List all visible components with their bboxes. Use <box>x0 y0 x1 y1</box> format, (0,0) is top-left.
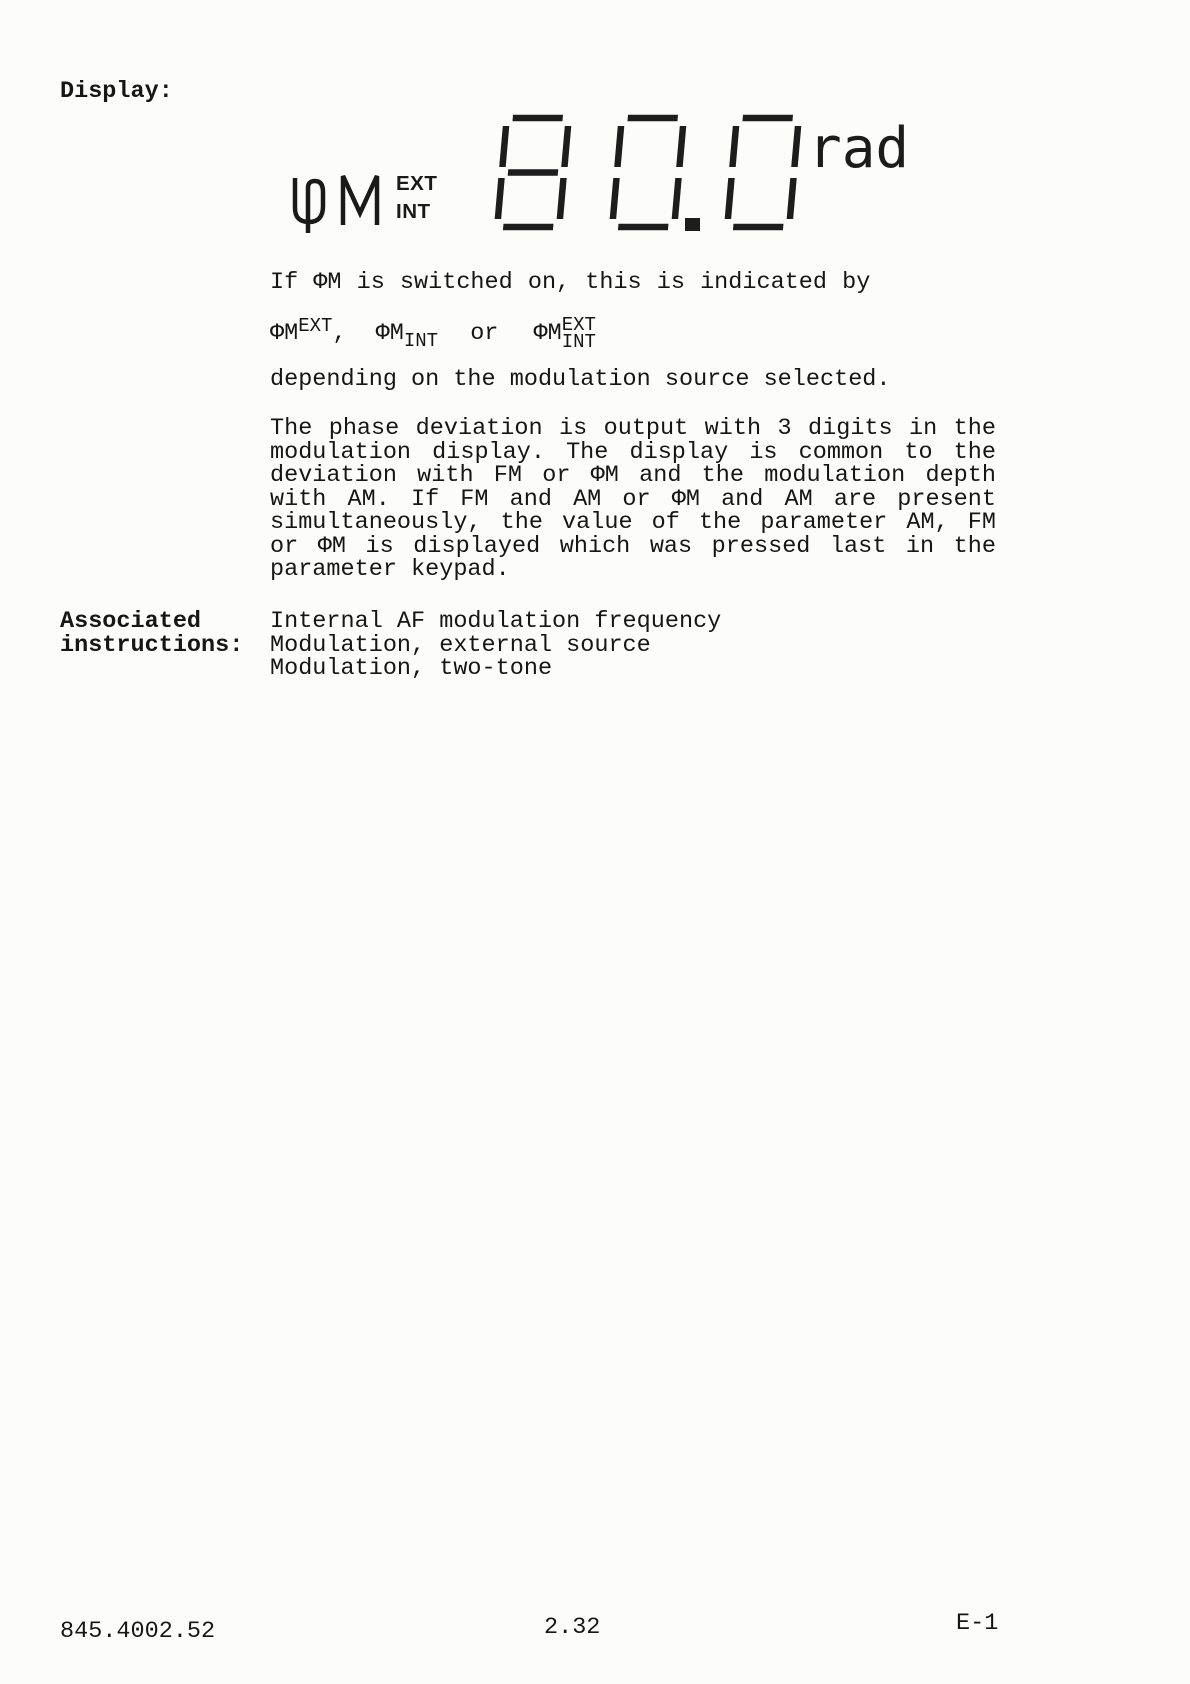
unit-label: rad <box>808 116 909 181</box>
manual-page: Display: EXT INT rad If ΦM is switched o… <box>0 0 1190 1684</box>
depending-line: depending on the modulation source selec… <box>270 368 891 392</box>
decimal-point <box>685 218 700 231</box>
display-section-label: Display: <box>60 80 173 104</box>
list-item: Internal AF modulation frequency <box>270 610 721 634</box>
seven-segment-digit <box>612 118 684 227</box>
footer-document-number: 845.4002.52 <box>60 1620 215 1644</box>
stack-int: INT <box>562 334 596 351</box>
intro-line: If ΦM is switched on, this is indicated … <box>270 271 870 295</box>
list-item: Modulation, two-tone <box>270 657 721 681</box>
associated-instructions-label: Associated instructions: <box>60 610 243 657</box>
phase-deviation-paragraph: The phase deviation is output with 3 dig… <box>270 417 996 582</box>
seven-segment-digit <box>727 118 799 227</box>
phi-m-ext-int-term: ΦMEXTINT <box>534 320 596 347</box>
phi-m-ext-term: ΦMEXT, <box>270 320 347 347</box>
indicator-conjunction: or <box>470 320 498 347</box>
seven-segment-readout: rad <box>440 100 960 240</box>
phi-m-indicator-line: ΦMEXT, ΦMINT or ΦMEXTINT <box>270 316 596 350</box>
phi-symbol <box>295 178 323 233</box>
associated-instructions-list: Internal AF modulation frequency Modulat… <box>270 610 721 681</box>
footer-page-number: 2.32 <box>544 1616 600 1640</box>
list-item: Modulation, external source <box>270 634 721 658</box>
digits-layer <box>497 118 799 231</box>
mode-ext-label: EXT <box>396 172 437 195</box>
phi-m-int-term: ΦMINT <box>376 320 438 347</box>
mode-int-label: INT <box>396 200 431 223</box>
seven-segment-digit <box>497 118 569 227</box>
m-symbol <box>343 176 377 225</box>
phi-m-mode-indicator: EXT INT <box>288 170 463 242</box>
footer-section-code: E-1 <box>956 1612 998 1636</box>
